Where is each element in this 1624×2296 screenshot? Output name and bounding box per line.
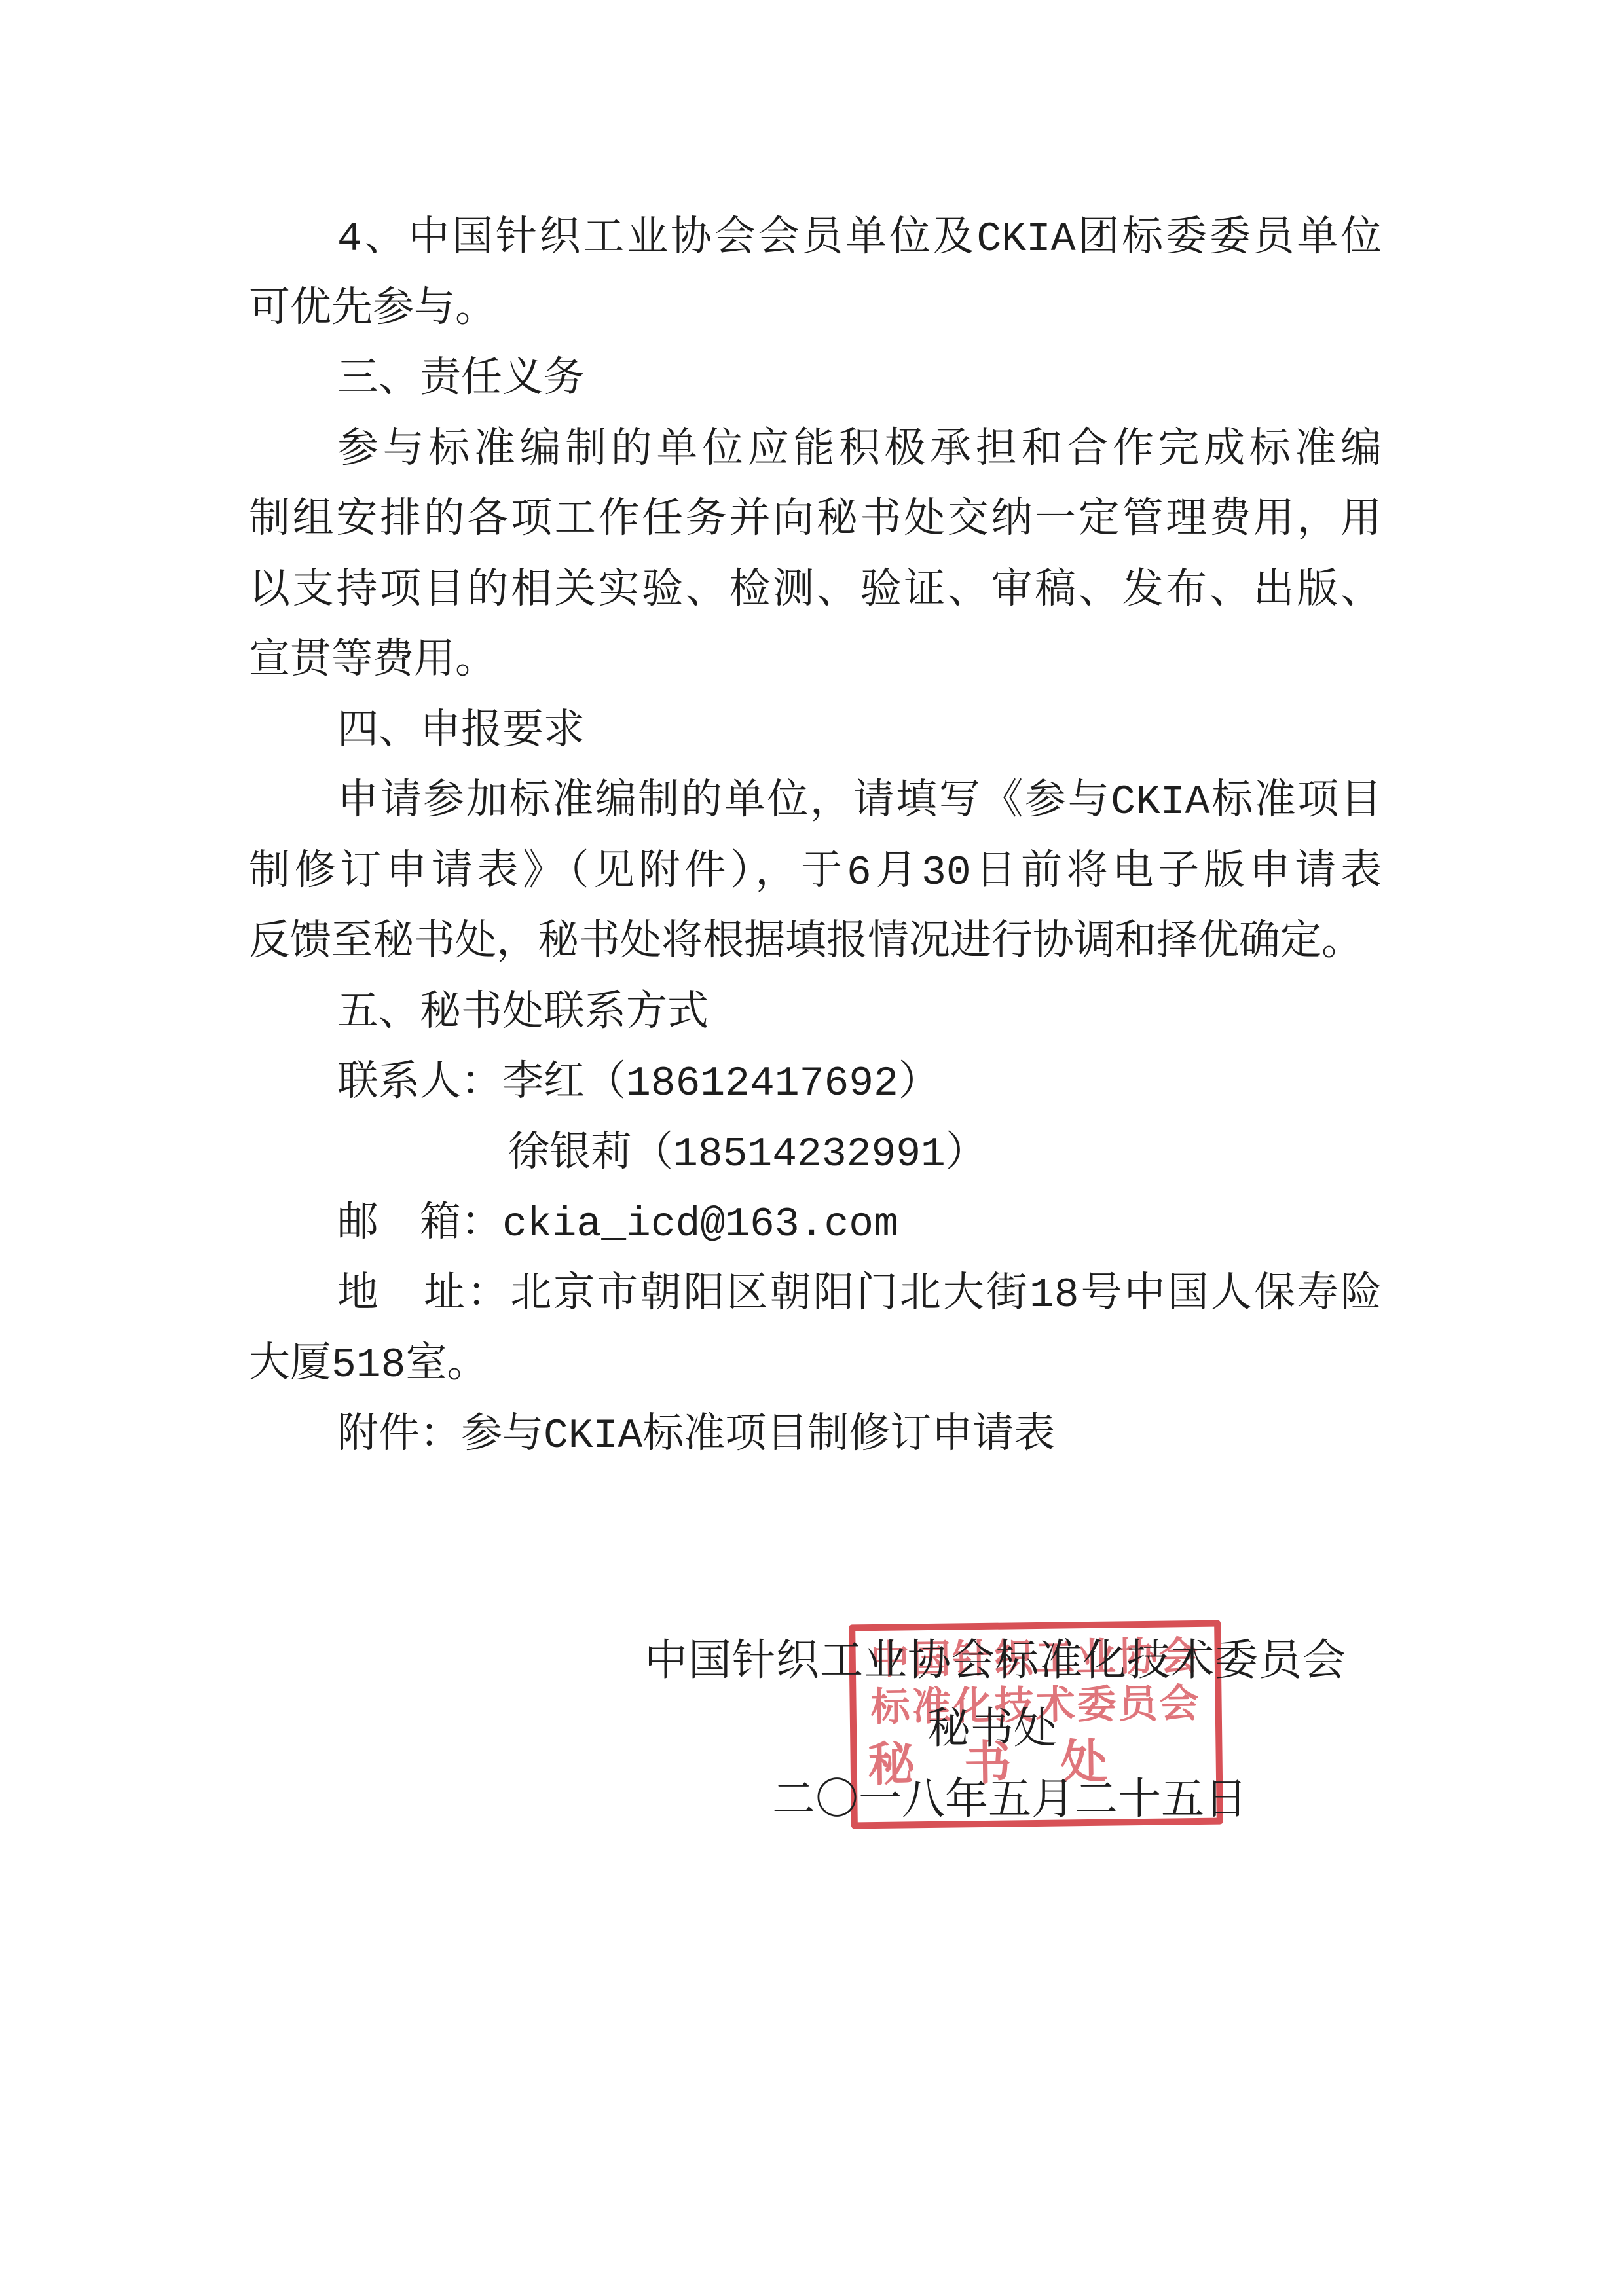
text-line: 4、中国针织工业协会会员单位及CKIA团标委委员单位 bbox=[249, 204, 1382, 275]
text-line: 制组安排的各项工作任务并向秘书处交纳一定管理费用，用 bbox=[249, 486, 1382, 556]
text-line: 地 址：北京市朝阳区朝阳门北大街18号中国人保寿险 bbox=[249, 1260, 1382, 1331]
text-line: 五、秘书处联系方式 bbox=[249, 979, 1382, 1049]
text-line: 附件：参与CKIA标准项目制修订申请表 bbox=[249, 1401, 1382, 1472]
text-line: 联系人：李红（18612417692） bbox=[249, 1049, 1382, 1120]
document-page: 中国针织工业协会 标准化技术委员会 秘书处 4、中国针织工业协会会员单位及CKI… bbox=[0, 0, 1624, 2296]
text-line: 宣贯等费用。 bbox=[249, 627, 1382, 697]
signature-committee: 中国针织工业协会标准化技术委员会 bbox=[644, 1625, 1346, 1688]
text-line: 徐银莉（18514232991） bbox=[249, 1120, 1382, 1190]
text-line: 可优先参与。 bbox=[249, 275, 1382, 346]
text-line: 制修订申请表》（见附件），于6月30日前将电子版申请表 bbox=[249, 838, 1382, 909]
text-line: 以支持项目的相关实验、检测、验证、审稿、发布、出版、 bbox=[249, 556, 1382, 627]
text-line: 邮 箱：ckia_icd@163.com bbox=[249, 1190, 1382, 1260]
signature-office: 秘书处 bbox=[927, 1693, 1057, 1756]
text-line: 三、责任义务 bbox=[249, 345, 1382, 416]
text-line: 四、申报要求 bbox=[249, 697, 1382, 768]
signature-date: 二〇一八年五月二十五日 bbox=[772, 1764, 1247, 1827]
text-line: 申请参加标准编制的单位，请填写《参与CKIA标准项目 bbox=[249, 767, 1382, 838]
body-text: 4、中国针织工业协会会员单位及CKIA团标委委员单位可优先参与。三、责任义务参与… bbox=[249, 204, 1382, 1471]
text-line: 反馈至秘书处，秘书处将根据填报情况进行协调和择优确定。 bbox=[249, 908, 1382, 979]
text-line: 参与标准编制的单位应能积极承担和合作完成标准编 bbox=[249, 416, 1382, 486]
text-line: 大厦518室。 bbox=[249, 1330, 1382, 1401]
